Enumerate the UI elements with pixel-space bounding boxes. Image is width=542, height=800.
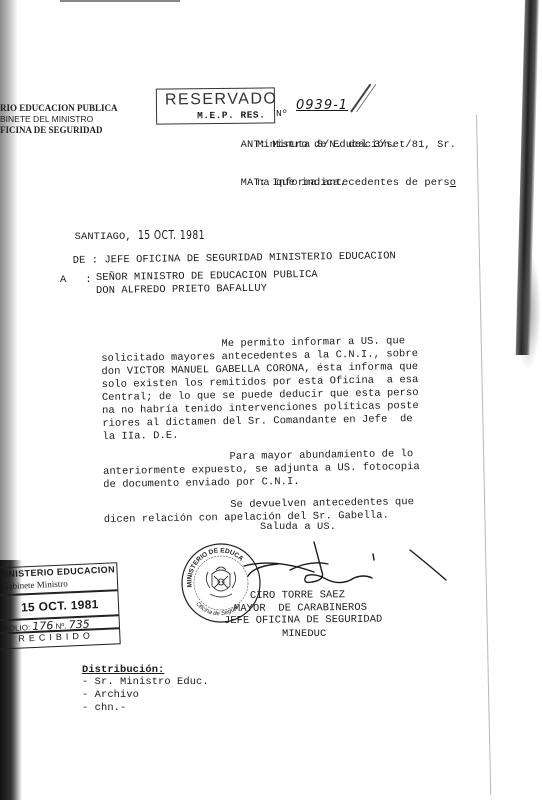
letterhead-line-3: FICINA DE SEGURIDAD [0, 125, 118, 136]
from-value: JEFE OFICINA DE SEGURIDAD MINISTERIO EDU… [104, 250, 396, 266]
from-line: DE : JEFE OFICINA DE SEGURIDAD MINISTERI… [60, 237, 396, 268]
handwritten-mark [350, 84, 371, 113]
mat-line-2: na que indica. [257, 177, 346, 190]
letterhead: RIO EDUCACION PUBLICA BINETE DEL MINISTR… [0, 103, 118, 136]
received-stamp-date: 15 OCT. 1981 [21, 597, 99, 614]
received-stamp-line-2: Gabinete Ministro [2, 578, 68, 591]
distribution-list: - Sr. Ministro Educ.- Archivo- chn.- [82, 676, 209, 715]
letterhead-line-2: BINETE DEL MINISTRO [0, 114, 118, 125]
classification-stamp: RESERVADO M.E.P. RES. [156, 87, 275, 124]
classification-stamp-title: RESERVADO [165, 90, 278, 109]
reference-number-label: Nº [276, 107, 288, 120]
distribution-item: - Archivo [82, 689, 209, 702]
letterhead-line-1: RIO EDUCACION PUBLICA [0, 103, 118, 114]
scan-smudge-right [515, 250, 541, 370]
received-stamp: MINISTERIO EDUCACION Gabinete Ministro 1… [0, 562, 121, 649]
received-stamp-status: RECIBIDO [18, 630, 94, 643]
signatory-position: JEFE OFICINA DE SEGURIDAD [224, 614, 382, 628]
to-line-2: DON ALFREDO PRIETO BAFALLUY [96, 283, 267, 298]
distribution-item: - chn.- [82, 702, 209, 715]
signatory-name: CIRO TORRE SAEZ [250, 589, 345, 603]
from-label: DE : [73, 254, 99, 266]
received-stamp-line-1: MINISTERIO EDUCACION [0, 564, 115, 579]
to-label: A : [60, 274, 92, 287]
distribution-item: - Sr. Ministro Educ. [82, 676, 209, 689]
page-fold-line [476, 115, 491, 795]
scan-artifact-top [60, 0, 180, 2]
letter-body: Me permito informar a US. quesolicitado … [101, 335, 421, 527]
ant-line-2: Ministro de Educación. [257, 139, 396, 152]
classification-stamp-subtitle: M.E.P. RES. [197, 108, 265, 122]
signatory-unit: MINEDUC [282, 628, 326, 641]
reference-number-value: 0939-1 [296, 98, 348, 113]
mat-line-1-underlined: o [450, 177, 456, 189]
